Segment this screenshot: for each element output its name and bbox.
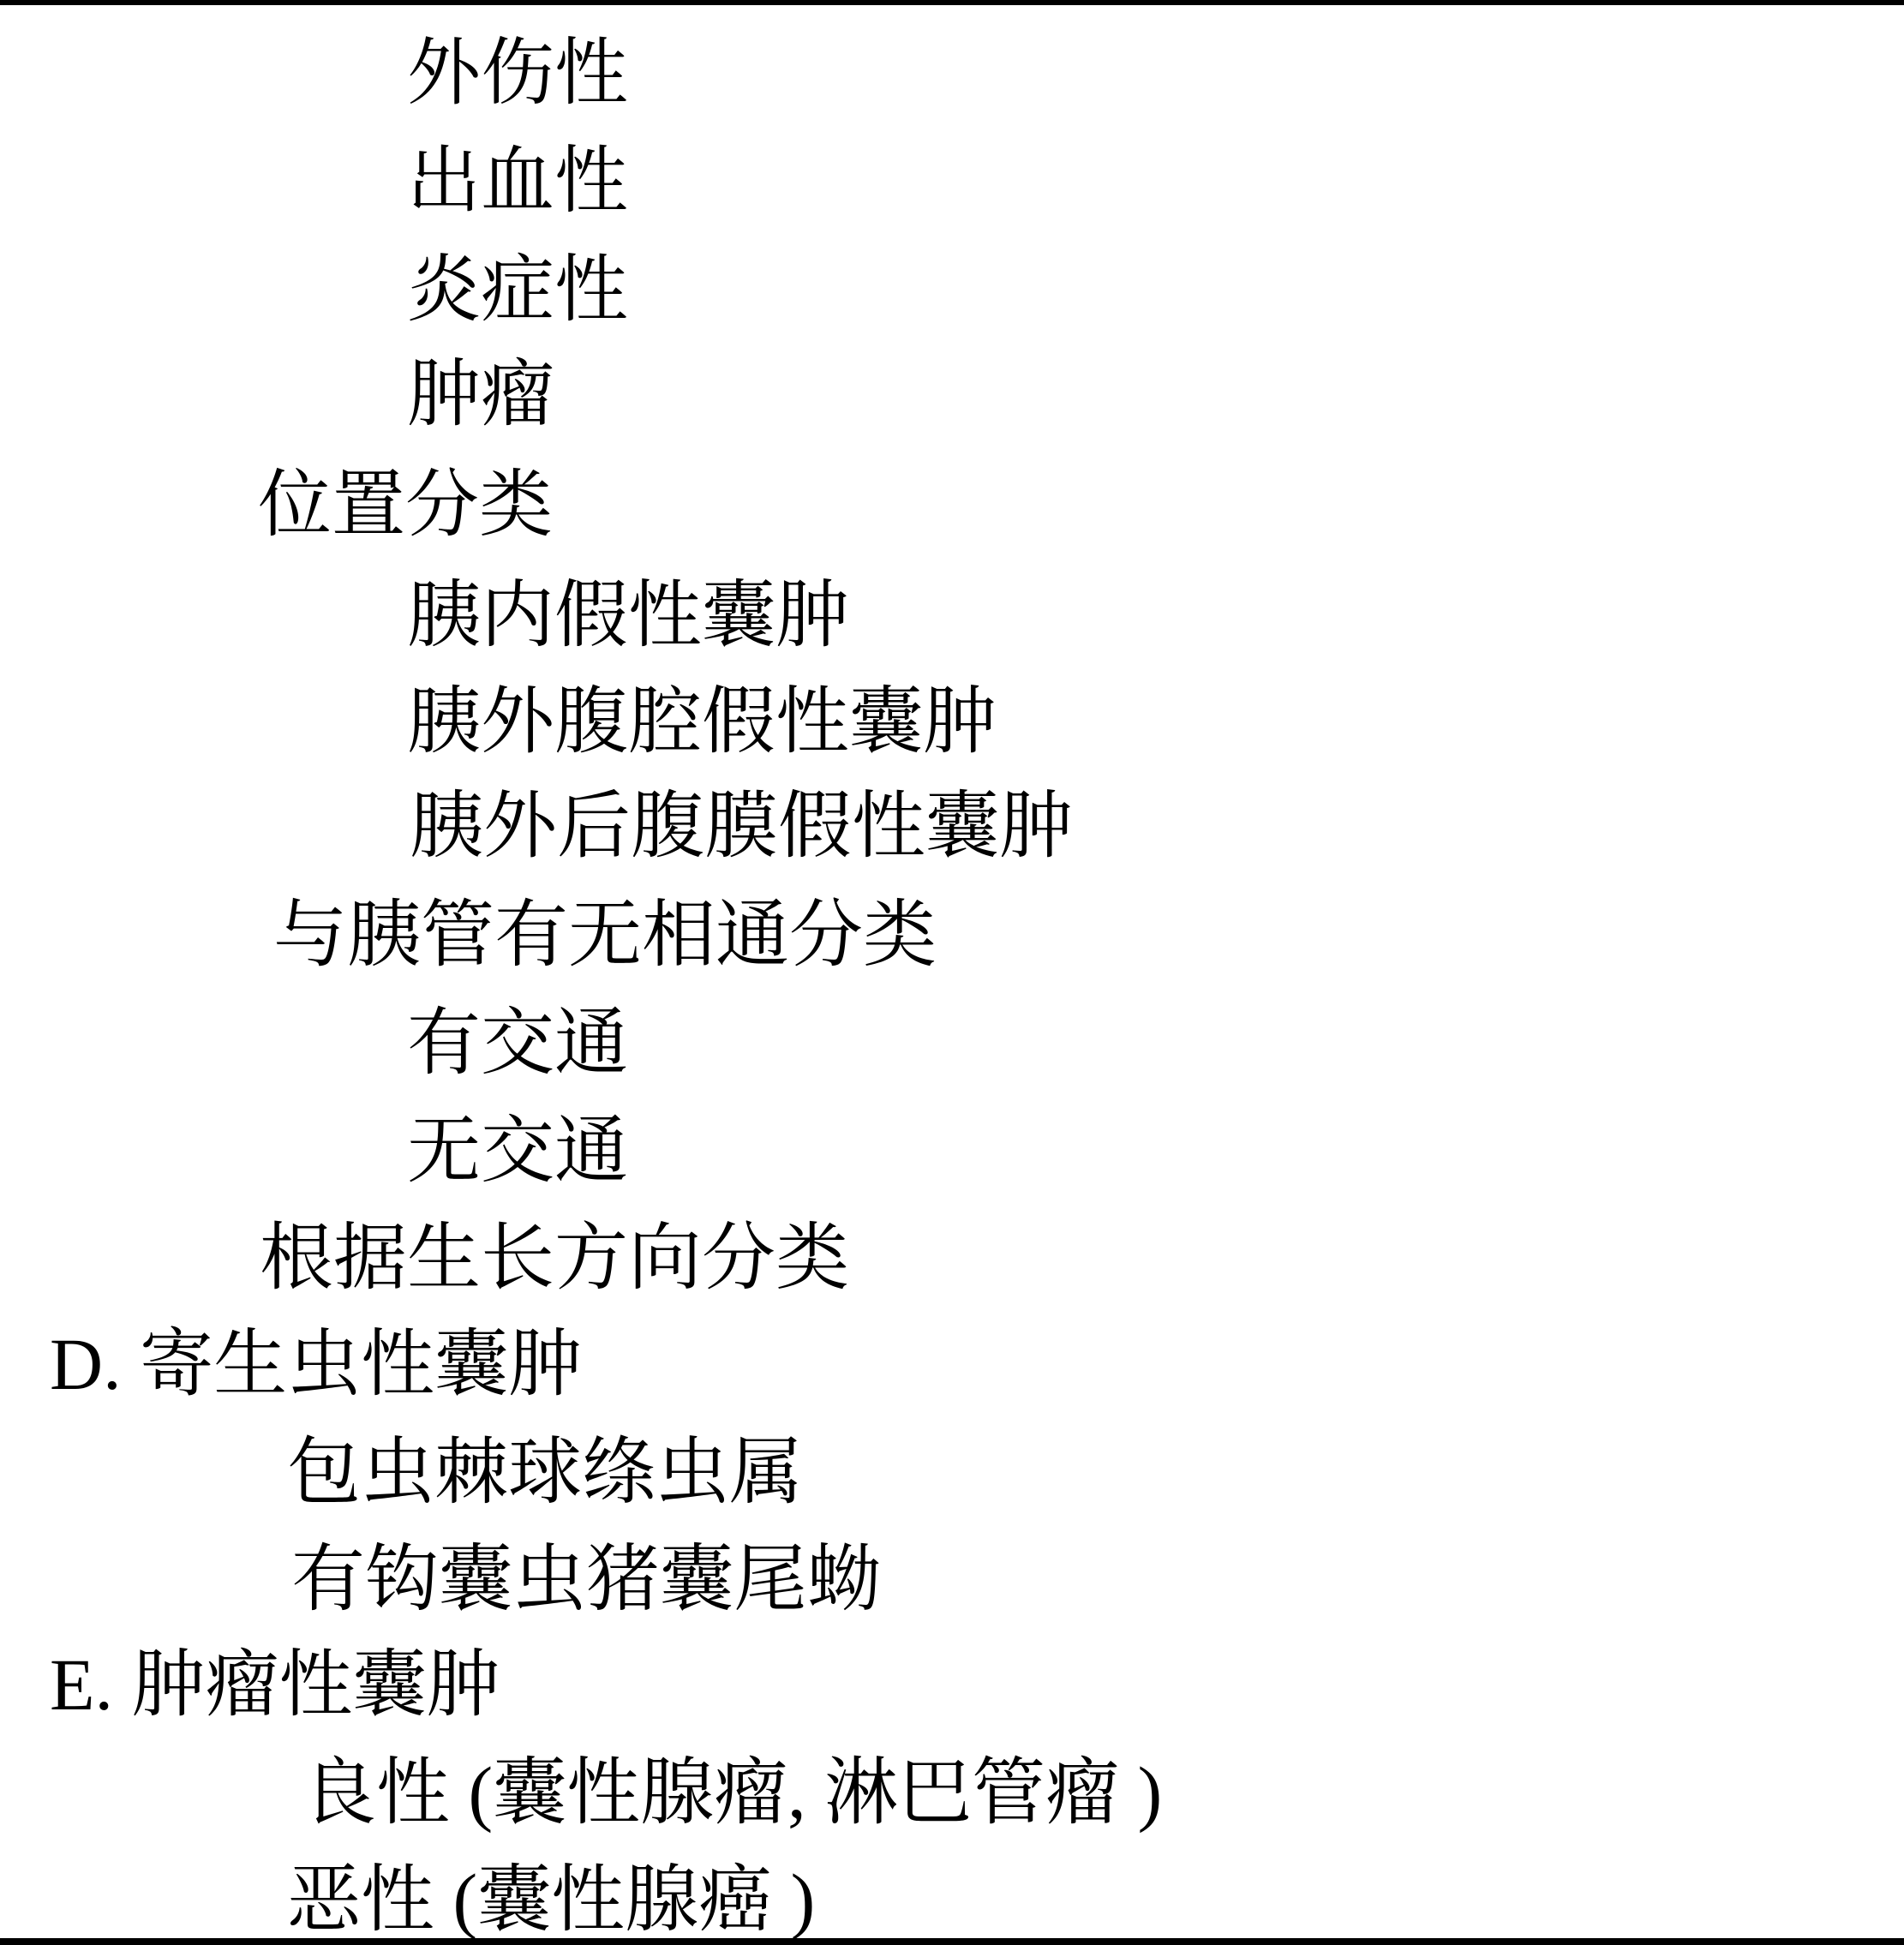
- outline-line: 与胰管有无相通分类: [273, 892, 937, 978]
- outline-line: 外伤性: [407, 30, 628, 116]
- bottom-scan-border: [0, 1938, 1904, 1945]
- outline-line: 胰内假性囊肿: [407, 572, 849, 658]
- outline-line: 肿瘤: [407, 351, 554, 437]
- outline-line: 恶性 (囊性腺癌 ): [287, 1857, 815, 1942]
- outline-line: 出血性: [407, 138, 628, 224]
- outline-line-D: D. 寄生虫性囊肿: [50, 1321, 582, 1407]
- outline-line: 有交通: [407, 1000, 628, 1086]
- outline-line: 根据生长方向分类: [260, 1215, 849, 1301]
- outline-line-E: E. 肿瘤性囊肿: [50, 1642, 500, 1727]
- outline-line: 位置分类: [258, 462, 553, 548]
- outline-line: 无交通: [407, 1108, 628, 1194]
- document-page: 外伤性 出血性 炎症性 肿瘤 位置分类 胰内假性囊肿 胰外腹腔假性囊肿 胰外后腹…: [0, 0, 1904, 1945]
- top-scan-border: [0, 0, 1904, 5]
- outline-line: 有钩囊虫猪囊尾蚴: [291, 1536, 881, 1622]
- outline-line: 良性 (囊性腺瘤, 淋巴管瘤 ): [302, 1750, 1162, 1835]
- outline-line: 胰外后腹膜假性囊肿: [410, 783, 1073, 869]
- outline-line: 胰外腹腔假性囊肿: [407, 679, 997, 764]
- outline-line: 炎症性: [407, 247, 628, 332]
- outline-line: 包虫棘球绦虫属: [287, 1429, 803, 1515]
